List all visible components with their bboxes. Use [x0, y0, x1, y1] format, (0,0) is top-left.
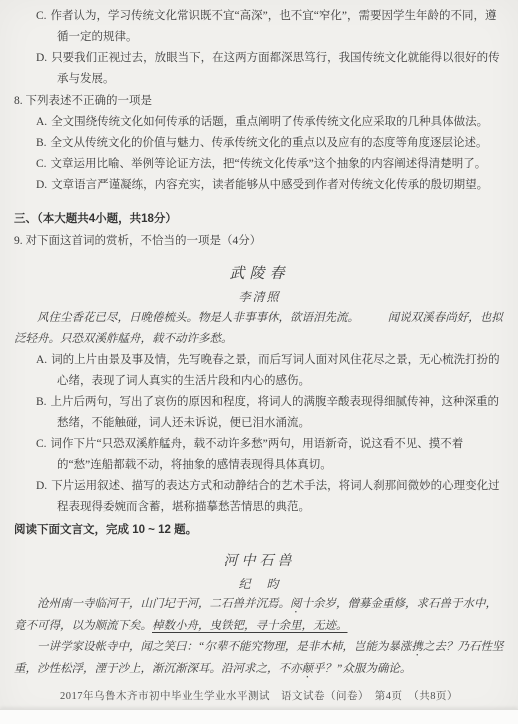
passage-author: 纪 昀: [14, 574, 505, 594]
poem-title: 武陵春: [14, 261, 505, 287]
option-text: 下片运用叙述、描写的表达方式和动静结合的艺术手法，将词人刹那间微妙的心理变化过程…: [51, 480, 500, 513]
option-text: 词作下片“只恐双溪舴艋舟，载不动许多愁”两句，用语新奇，说这看不见、摸不着的“愁…: [51, 438, 464, 471]
passage-title: 河中石兽: [14, 549, 505, 574]
question-8-stem: 8. 下列表述不正确的一项是: [14, 91, 505, 112]
underlined-phrase: 棹数小舟，曳铁钯，寻十余里，无迹。: [152, 620, 348, 632]
poem-author: 李清照: [14, 287, 505, 307]
option-letter: D.: [36, 480, 47, 492]
passage-paragraph-2: 一讲学家设帐寺中，闻之笑曰：“尔辈不能究物理，是非木杮，岂能为暴涨携之去？乃石性…: [14, 637, 505, 681]
option-letter: C.: [36, 10, 47, 22]
option-row: C.文章运用比喻、举例等论证方法，把“传统文化传承”这个抽象的内容阐述得清楚明了…: [14, 154, 505, 175]
option-text: 全文围绕传统文化如何传承的话题，重点阐明了传承传统文化应采取的几种具体做法。: [51, 116, 488, 128]
option-row: C.作者认为，学习传统文化常识既不宜“高深”，也不宜“窄化”，需要因学生年龄的不…: [14, 6, 505, 48]
question-8: 8. 下列表述不正确的一项是 A.全文围绕传统文化如何传承的话题，重点阐明了传承…: [14, 91, 505, 196]
passage-text-run: 沧州南一寺临河干，山门圮于河，二石兽并沉焉。: [37, 598, 290, 610]
emphasized-char: 阅: [290, 598, 302, 610]
option-text: 全文从传统文化的价值与魅力、传承传统文化的重点以及应有的态度等角度逐层论述。: [51, 137, 488, 149]
emphasized-char: 携: [411, 641, 423, 653]
option-row: A.词的上片由景及事及情，先写晚春之景，而后写词人面对风住花尽之景，无心梳洗打扮…: [14, 350, 505, 392]
option-letter: C.: [36, 158, 47, 170]
poem-block: 武陵春 李清照 风住尘香花已尽，日晚倦梳头。物是人非事事休，欲语泪先流。 闻说双…: [14, 261, 505, 350]
option-row: D.文章语言严谨凝练，内容充实，读者能够从中感受到作者对传统文化传承的殷切期望。: [14, 175, 505, 196]
page-content: C.作者认为，学习传统文化常识既不宜“高深”，也不宜“窄化”，需要因学生年龄的不…: [0, 0, 518, 681]
scan-page-edge: [0, 709, 518, 724]
option-text: 作者认为，学习传统文化常识既不宜“高深”，也不宜“窄化”，需要因学生年龄的不同，…: [51, 10, 497, 43]
prev-question-options: C.作者认为，学习传统文化常识既不宜“高深”，也不宜“窄化”，需要因学生年龄的不…: [14, 6, 505, 90]
question-9: 9. 对下面这首词的赏析，不恰当的一项是（4分） 武陵春 李清照 风住尘香花已尽…: [14, 231, 505, 518]
option-row: B.全文从传统文化的价值与魅力、传承传统文化的重点以及应有的态度等角度逐层论述。: [14, 133, 505, 154]
option-row: D.下片运用叙述、描写的表达方式和动静结合的艺术手法，将词人刹那间微妙的心理变化…: [14, 476, 505, 518]
option-letter: A.: [36, 116, 47, 128]
passage-text-run: 一讲学家设帐寺中，闻之笑曰：“尔辈不能究物理，是非木杮，岂能为暴涨: [37, 641, 411, 653]
option-row: A.全文围绕传统文化如何传承的话题，重点阐明了传承传统文化应采取的几种具体做法。: [14, 112, 505, 133]
option-letter: D.: [36, 52, 47, 64]
option-text: 上片后两句，写出了哀伤的原因和程度，将词人的满腹辛酸表现得细腻传神，这种深重的愁…: [51, 396, 500, 429]
option-letter: B.: [36, 396, 47, 408]
section-3-header: 三、（本大题共4小题，共18分）: [14, 209, 505, 230]
passage-text-run: 乎？”众服为确论。: [313, 663, 411, 675]
reading-instruction: 阅读下面文言文，完成 10 ~ 12 题。: [14, 520, 505, 541]
option-letter: A.: [36, 354, 47, 366]
question-9-stem: 9. 对下面这首词的赏析，不恰当的一项是（4分）: [14, 231, 505, 252]
exam-paper-page: C.作者认为，学习传统文化常识既不宜“高深”，也不宜“窄化”，需要因学生年龄的不…: [0, 0, 518, 724]
option-text: 词的上片由景及事及情，先写晚春之景，而后写词人面对风住花尽之景，无心梳洗打扮的心…: [51, 354, 500, 387]
passage-paragraph-1: 沧州南一寺临河干，山门圮于河，二石兽并沉焉。阅十余岁，僧募金重修，求石兽于水中，…: [14, 594, 505, 637]
option-letter: D.: [36, 179, 47, 191]
page-footer: 2017年乌鲁木齐市初中毕业生学业水平测试 语文试卷（问卷） 第4页 （共8页）: [0, 686, 518, 707]
option-letter: B.: [36, 137, 47, 149]
option-text: 文章运用比喻、举例等论证方法，把“传统文化传承”这个抽象的内容阐述得清楚明了。: [51, 158, 487, 170]
poem-text: 风住尘香花已尽，日晚倦梳头。物是人非事事休，欲语泪先流。 闻说双溪春尚好，也拟泛…: [14, 308, 505, 350]
classical-reading-section: 阅读下面文言文，完成 10 ~ 12 题。 河中石兽 纪 昀 沧州南一寺临河干，…: [14, 520, 505, 681]
emphasized-char: 颠: [302, 663, 314, 675]
option-letter: C.: [36, 438, 47, 450]
option-text: 文章语言严谨凝练，内容充实，读者能够从中感受到作者对传统文化传承的殷切期望。: [51, 179, 488, 191]
option-row: D.只要我们正视过去，放眼当下，在这两方面都深思笃行，我国传统文化就能得以很好的…: [14, 48, 505, 90]
option-row: B.上片后两句，写出了哀伤的原因和程度，将词人的满腹辛酸表现得细腻传神，这种深重…: [14, 392, 505, 434]
option-text: 只要我们正视过去，放眼当下，在这两方面都深思笃行，我国传统文化就能得以很好的传承…: [51, 52, 500, 85]
option-row: C.词作下片“只恐双溪舴艋舟，载不动许多愁”两句，用语新奇，说这看不见、摸不着的…: [14, 434, 505, 476]
